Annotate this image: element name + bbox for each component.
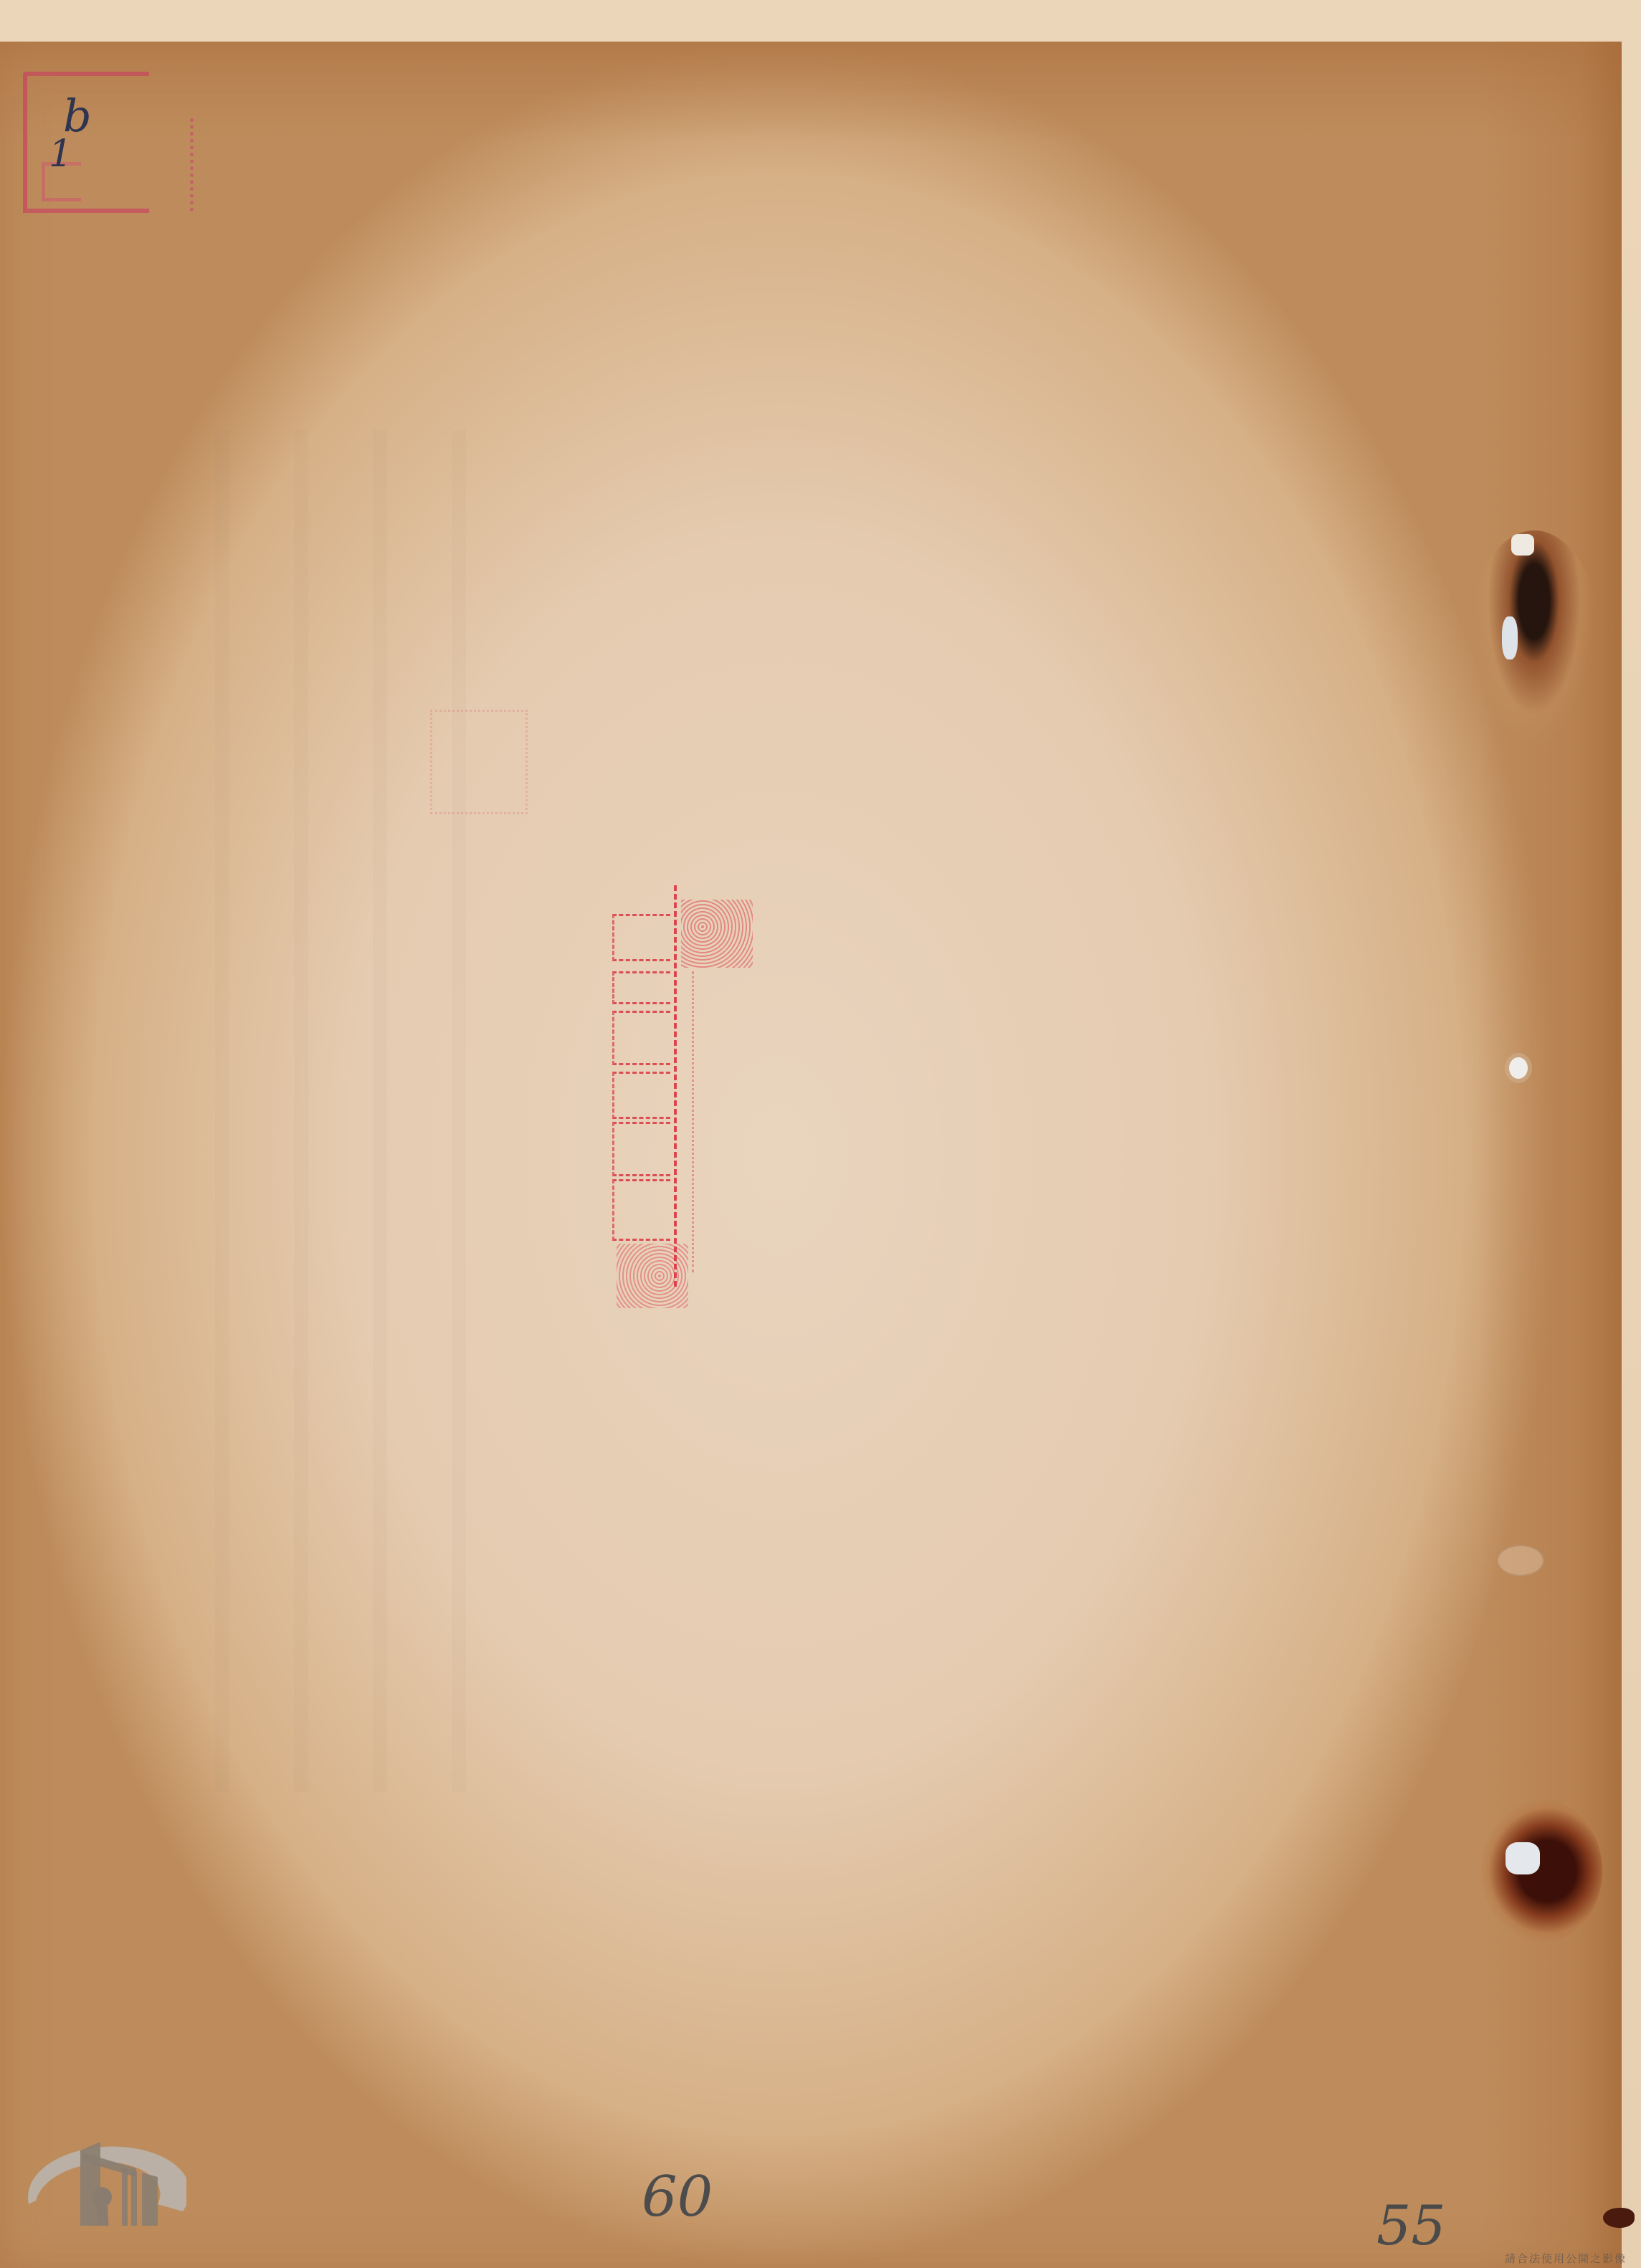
page-number-right: 55 xyxy=(1376,2193,1446,2257)
punch-hole-middle xyxy=(1509,1057,1528,1079)
bleed-through-text xyxy=(215,430,466,1792)
seal-glyph xyxy=(612,971,670,1004)
book-keyhole-icon xyxy=(14,2111,186,2226)
hole-tear-lower xyxy=(1506,1842,1540,1874)
corner-stamp-faint xyxy=(125,118,194,211)
red-seal: red seal impression (seal script) xyxy=(602,871,760,1301)
burn-hole-upper xyxy=(1466,530,1602,767)
hole-tear xyxy=(1502,616,1518,659)
seal-glyph xyxy=(612,1072,670,1119)
seal-block-top xyxy=(681,900,753,968)
bleed-through-stamp xyxy=(430,710,528,814)
usage-watermark: 請合法使用公開之影像 xyxy=(1505,2251,1627,2266)
paper-chip xyxy=(1511,534,1534,556)
seal-glyph xyxy=(612,1179,670,1241)
seal-label: red seal impression (seal script) xyxy=(602,871,603,872)
burn-spot-corner xyxy=(1603,2208,1635,2228)
seal-glyph xyxy=(612,914,670,961)
page-number-center: 60 xyxy=(642,2165,713,2229)
burn-hole-lower xyxy=(1480,1799,1602,1943)
seal-block-bottom xyxy=(617,1244,688,1308)
seal-column xyxy=(602,885,677,1287)
handwritten-stroke: 1 xyxy=(49,133,72,176)
seal-glyph xyxy=(612,1122,670,1176)
punch-hole-lower xyxy=(1497,1545,1544,1576)
seal-border xyxy=(692,971,697,1272)
seal-glyph xyxy=(612,1011,670,1065)
